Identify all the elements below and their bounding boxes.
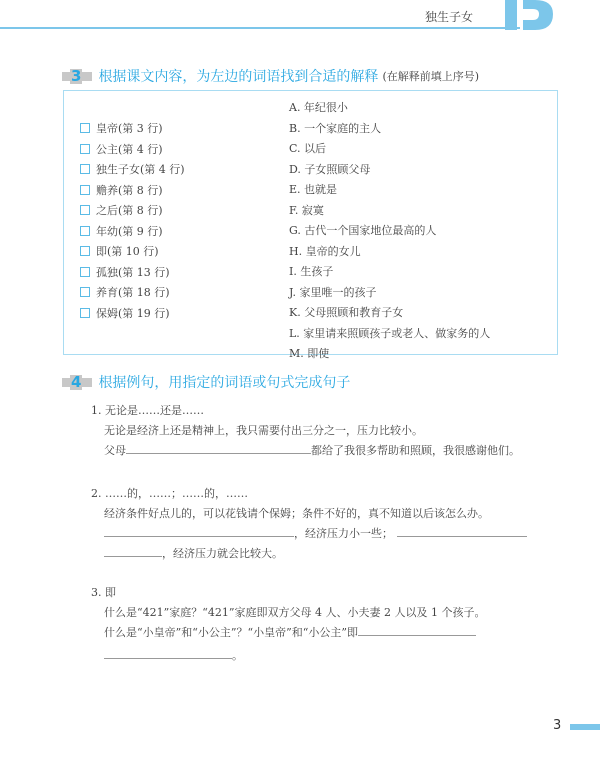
term-list: 皇帝(第 3 行) 公主(第 4 行) 独生子女(第 4 行) 赡养(第 8 行…: [80, 118, 185, 323]
q2-prompt-line1: ，经济压力小一些；: [104, 525, 527, 541]
term-item: 保姆(第 19 行): [80, 303, 185, 324]
q2-pattern: 2. ……的，……；……的，……: [91, 485, 248, 501]
answer-checkbox[interactable]: [80, 185, 90, 195]
definition-item: E. 也就是: [289, 179, 490, 200]
lesson-title: 独生子女: [425, 8, 473, 25]
q1-example: 无论是经济上还是精神上，我只需要付出三分之一，压力比较小。: [104, 422, 423, 438]
answer-blank[interactable]: [397, 527, 527, 537]
answer-blank[interactable]: [104, 527, 294, 537]
term-item: 养育(第 18 行): [80, 282, 185, 303]
q2-example: 经济条件好点儿的，可以花钱请个保姆；条件不好的，真不知道以后该怎么办。: [104, 505, 489, 521]
q3-prompt-line2: 。: [104, 647, 243, 663]
section-subtitle: (在解释前填上序号): [382, 68, 479, 84]
page-number: 3: [553, 718, 561, 733]
answer-checkbox[interactable]: [80, 287, 90, 297]
lesson-number-logo-icon: [505, 0, 565, 30]
answer-checkbox[interactable]: [80, 267, 90, 277]
term-item: 年幼(第 9 行): [80, 221, 185, 242]
term-item: 皇帝(第 3 行): [80, 118, 185, 139]
q3-prompt: 什么是“小皇帝”和“小公主”？“小皇帝”和“小公主”即: [104, 624, 476, 640]
answer-checkbox[interactable]: [80, 123, 90, 133]
definition-item: M. 即使: [289, 343, 490, 364]
term-item: 孤独(第 13 行): [80, 262, 185, 283]
term-item: 独生子女(第 4 行): [80, 159, 185, 180]
q1-pattern: 1. 无论是……还是……: [91, 402, 204, 418]
definition-item: H. 皇帝的女儿: [289, 241, 490, 262]
definition-item: L. 家里请来照顾孩子或老人、做家务的人: [289, 323, 490, 344]
definition-item: I. 生孩子: [289, 261, 490, 282]
definition-item: A. 年纪很小: [289, 97, 490, 118]
q3-pattern: 3. 即: [91, 584, 116, 600]
definition-item: C. 以后: [289, 138, 490, 159]
term-item: 之后(第 8 行): [80, 200, 185, 221]
section-number-badge: 3: [62, 69, 98, 84]
term-item: 赡养(第 8 行): [80, 180, 185, 201]
definition-item: D. 子女照顾父母: [289, 159, 490, 180]
section-title: 根据例句，用指定的词语或句式完成句子: [98, 372, 350, 392]
definition-item: K. 父母照顾和教育子女: [289, 302, 490, 323]
header-rule: [0, 27, 520, 29]
answer-checkbox[interactable]: [80, 226, 90, 236]
term-item: 即(第 10 行): [80, 241, 185, 262]
term-item: 公主(第 4 行): [80, 139, 185, 160]
answer-checkbox[interactable]: [80, 164, 90, 174]
definition-item: F. 寂寞: [289, 200, 490, 221]
definition-item: B. 一个家庭的主人: [289, 118, 490, 139]
definition-item: J. 家里唯一的孩子: [289, 282, 490, 303]
answer-blank[interactable]: [104, 547, 162, 557]
answer-checkbox[interactable]: [80, 246, 90, 256]
definition-item: G. 古代一个国家地位最高的人: [289, 220, 490, 241]
section-number-badge: 4: [62, 375, 98, 390]
answer-checkbox[interactable]: [80, 205, 90, 215]
answer-blank[interactable]: [104, 649, 232, 659]
answer-blank[interactable]: [126, 444, 311, 454]
page-tab-bar: [570, 724, 600, 730]
q1-prompt: 父母都给了我很多帮助和照顾，我很感谢他们。: [104, 442, 520, 458]
answer-checkbox[interactable]: [80, 144, 90, 154]
section-3-heading: 3 根据课文内容，为左边的词语找到合适的解释 (在解释前填上序号): [62, 66, 479, 86]
definition-list: A. 年纪很小 B. 一个家庭的主人 C. 以后 D. 子女照顾父母 E. 也就…: [289, 97, 490, 364]
q3-example: 什么是“421”家庭？“421”家庭即双方父母 4 人、小夫妻 2 人以及 1 …: [104, 604, 485, 620]
answer-blank[interactable]: [358, 626, 476, 636]
q2-prompt-line2: ，经济压力就会比较大。: [104, 545, 283, 561]
answer-checkbox[interactable]: [80, 308, 90, 318]
section-4-heading: 4 根据例句，用指定的词语或句式完成句子: [62, 372, 350, 392]
section-title: 根据课文内容，为左边的词语找到合适的解释: [98, 66, 378, 86]
